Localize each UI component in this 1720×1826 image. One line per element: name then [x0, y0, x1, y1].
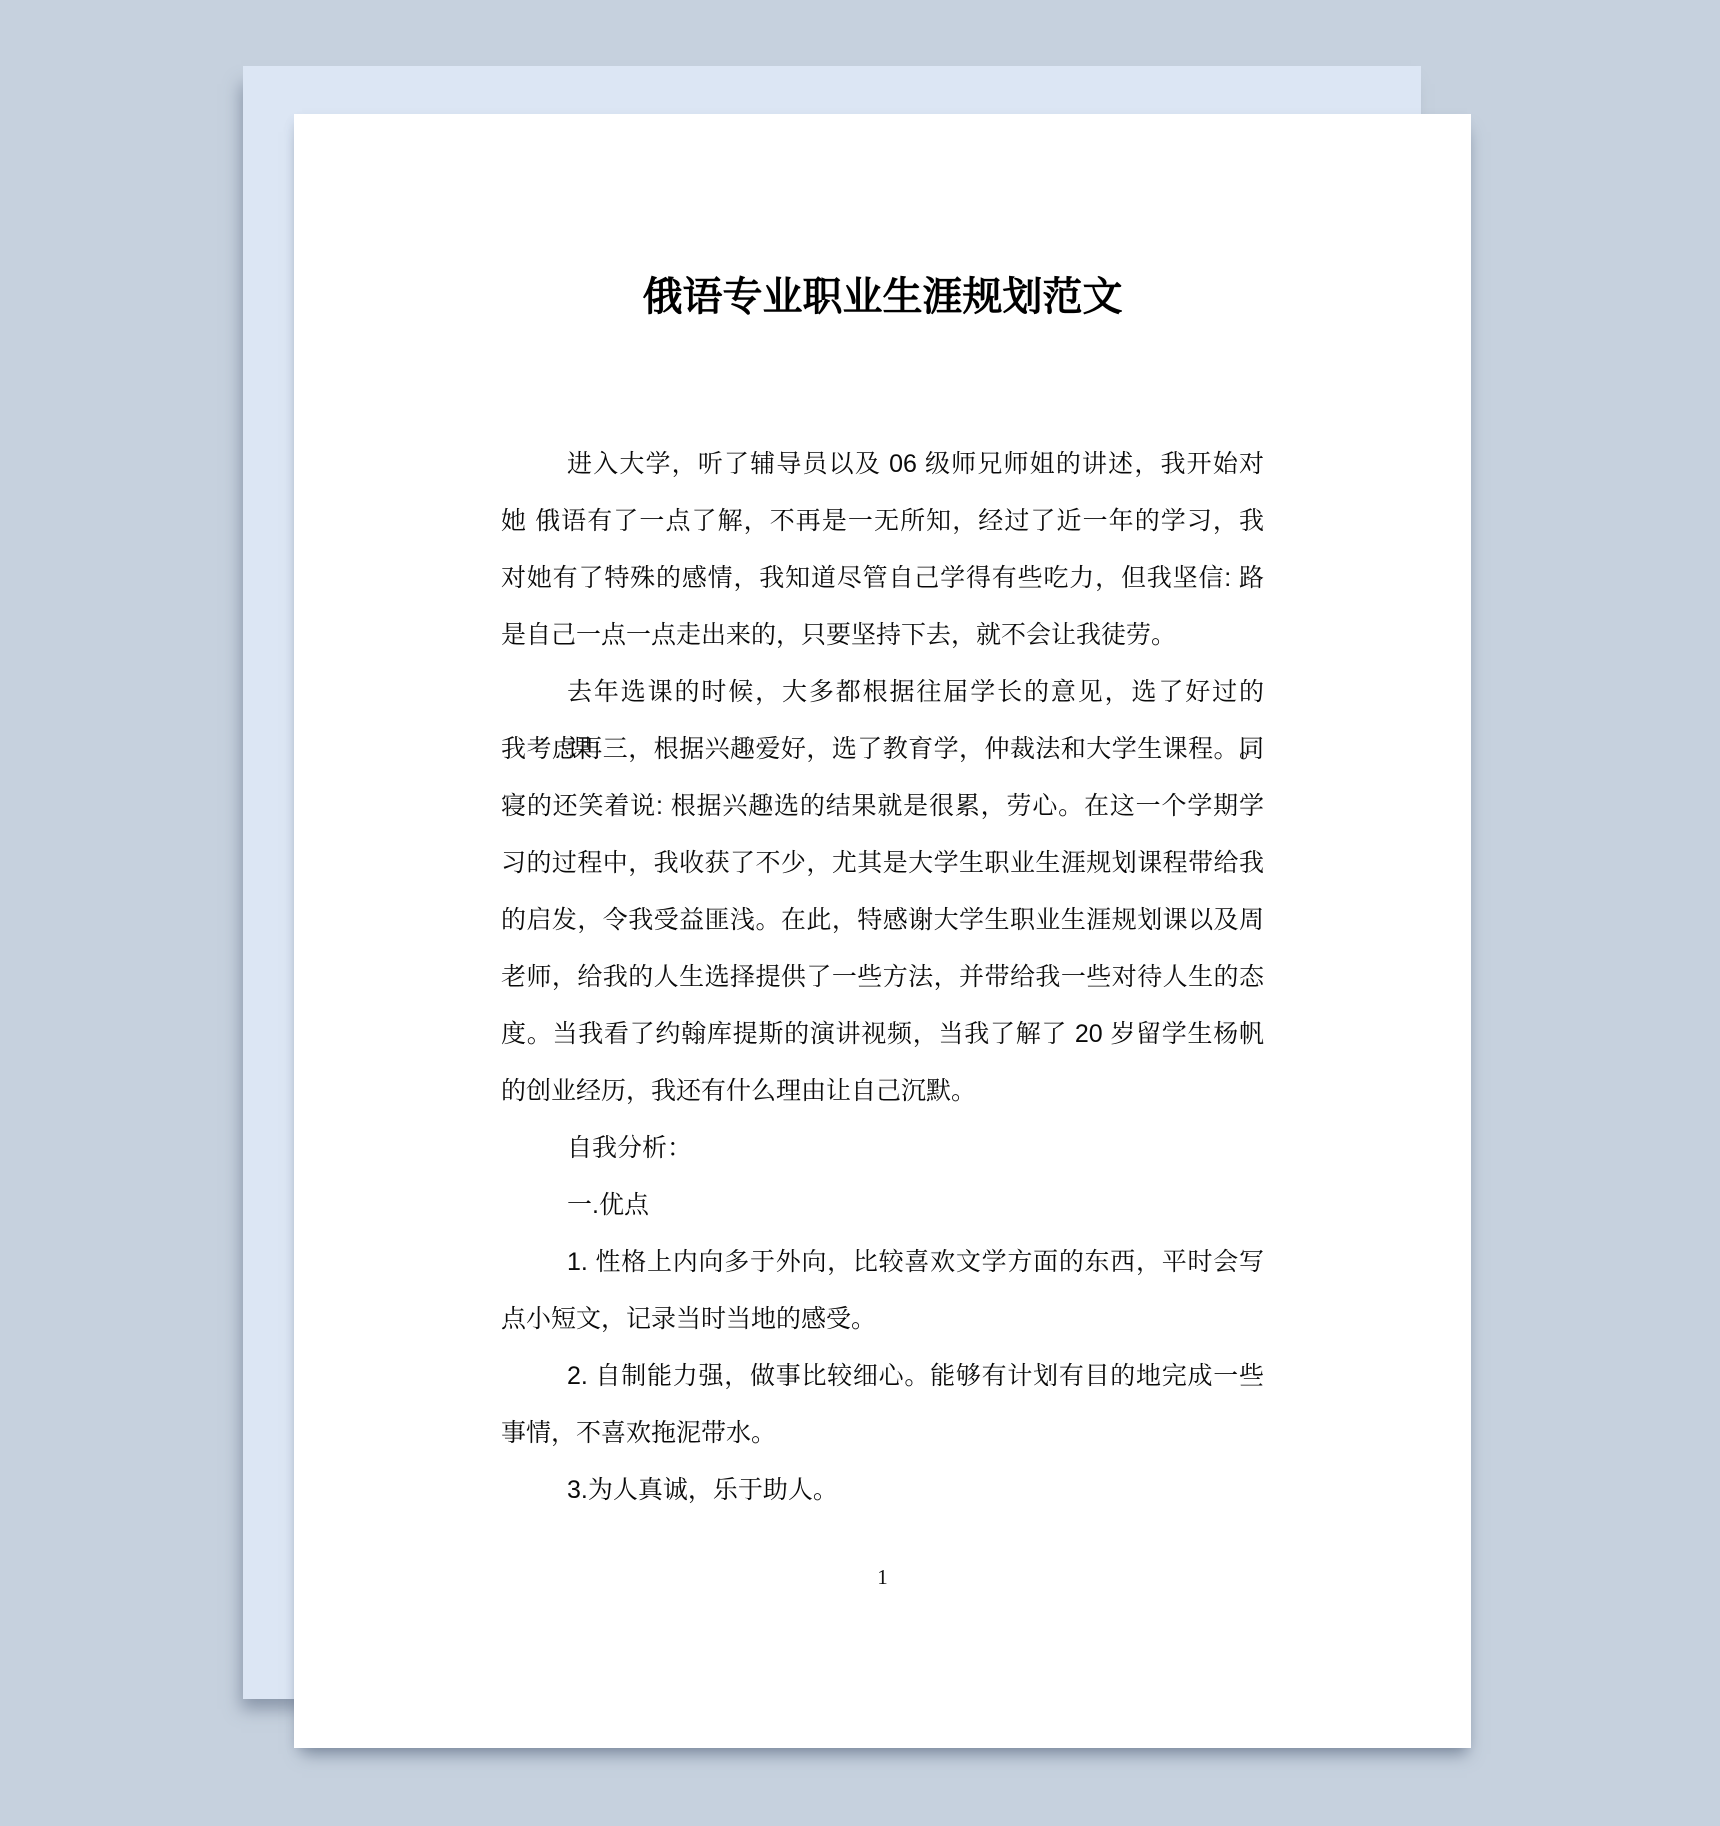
document-body: 进入大学，听了辅导员以及 06 级师兄师姐的讲述，我开始对她 俄语有了一点了解，… — [501, 436, 1264, 1519]
body-line: 她 俄语有了一点了解，不再是一无所知，经过了近一年的学习，我 — [501, 493, 1264, 550]
body-line: 我考虑再三，根据兴趣爱好，选了教育学，仲裁法和大学生课程。同 — [501, 721, 1264, 778]
body-line: 是自己一点一点走出来的，只要坚持下去，就不会让我徒劳。 — [501, 607, 1264, 664]
body-line: 一.优点 — [501, 1177, 1264, 1234]
body-line: 去年选课的时候，大多都根据往届学长的意见，选了好过的课。 — [501, 664, 1264, 721]
template-preview-canvas: 俄语专业职业生涯规划范文 进入大学，听了辅导员以及 06 级师兄师姐的讲述，我开… — [0, 0, 1720, 1826]
body-line: 2. 自制能力强，做事比较细心。能够有计划有目的地完成一些 — [501, 1348, 1264, 1405]
body-line: 1. 性格上内向多于外向，比较喜欢文学方面的东西，平时会写 — [501, 1234, 1264, 1291]
body-line: 的启发，令我受益匪浅。在此，特感谢大学生职业生涯规划课以及周 — [501, 892, 1264, 949]
body-line: 度。当我看了约翰库提斯的演讲视频，当我了解了 20 岁留学生杨帆 — [501, 1006, 1264, 1063]
body-line: 的创业经历，我还有什么理由让自己沉默。 — [501, 1063, 1264, 1120]
page-number: 1 — [294, 1565, 1471, 1589]
body-line: 自我分析： — [501, 1120, 1264, 1177]
body-line: 习的过程中，我收获了不少，尤其是大学生职业生涯规划课程带给我 — [501, 835, 1264, 892]
body-line: 3.为人真诚，乐于助人。 — [501, 1462, 1264, 1519]
body-line: 点小短文，记录当时当地的感受。 — [501, 1291, 1264, 1348]
body-line: 老师，给我的人生选择提供了一些方法，并带给我一些对待人生的态 — [501, 949, 1264, 1006]
body-line: 进入大学，听了辅导员以及 06 级师兄师姐的讲述，我开始对 — [501, 436, 1264, 493]
document-title: 俄语专业职业生涯规划范文 — [501, 266, 1264, 328]
body-line: 对她有了特殊的感情，我知道尽管自己学得有些吃力，但我坚信: 路 — [501, 550, 1264, 607]
document-page: 俄语专业职业生涯规划范文 进入大学，听了辅导员以及 06 级师兄师姐的讲述，我开… — [294, 114, 1471, 1748]
body-line: 事情，不喜欢拖泥带水。 — [501, 1405, 1264, 1462]
body-line: 寝的还笑着说: 根据兴趣选的结果就是很累，劳心。在这一个学期学 — [501, 778, 1264, 835]
